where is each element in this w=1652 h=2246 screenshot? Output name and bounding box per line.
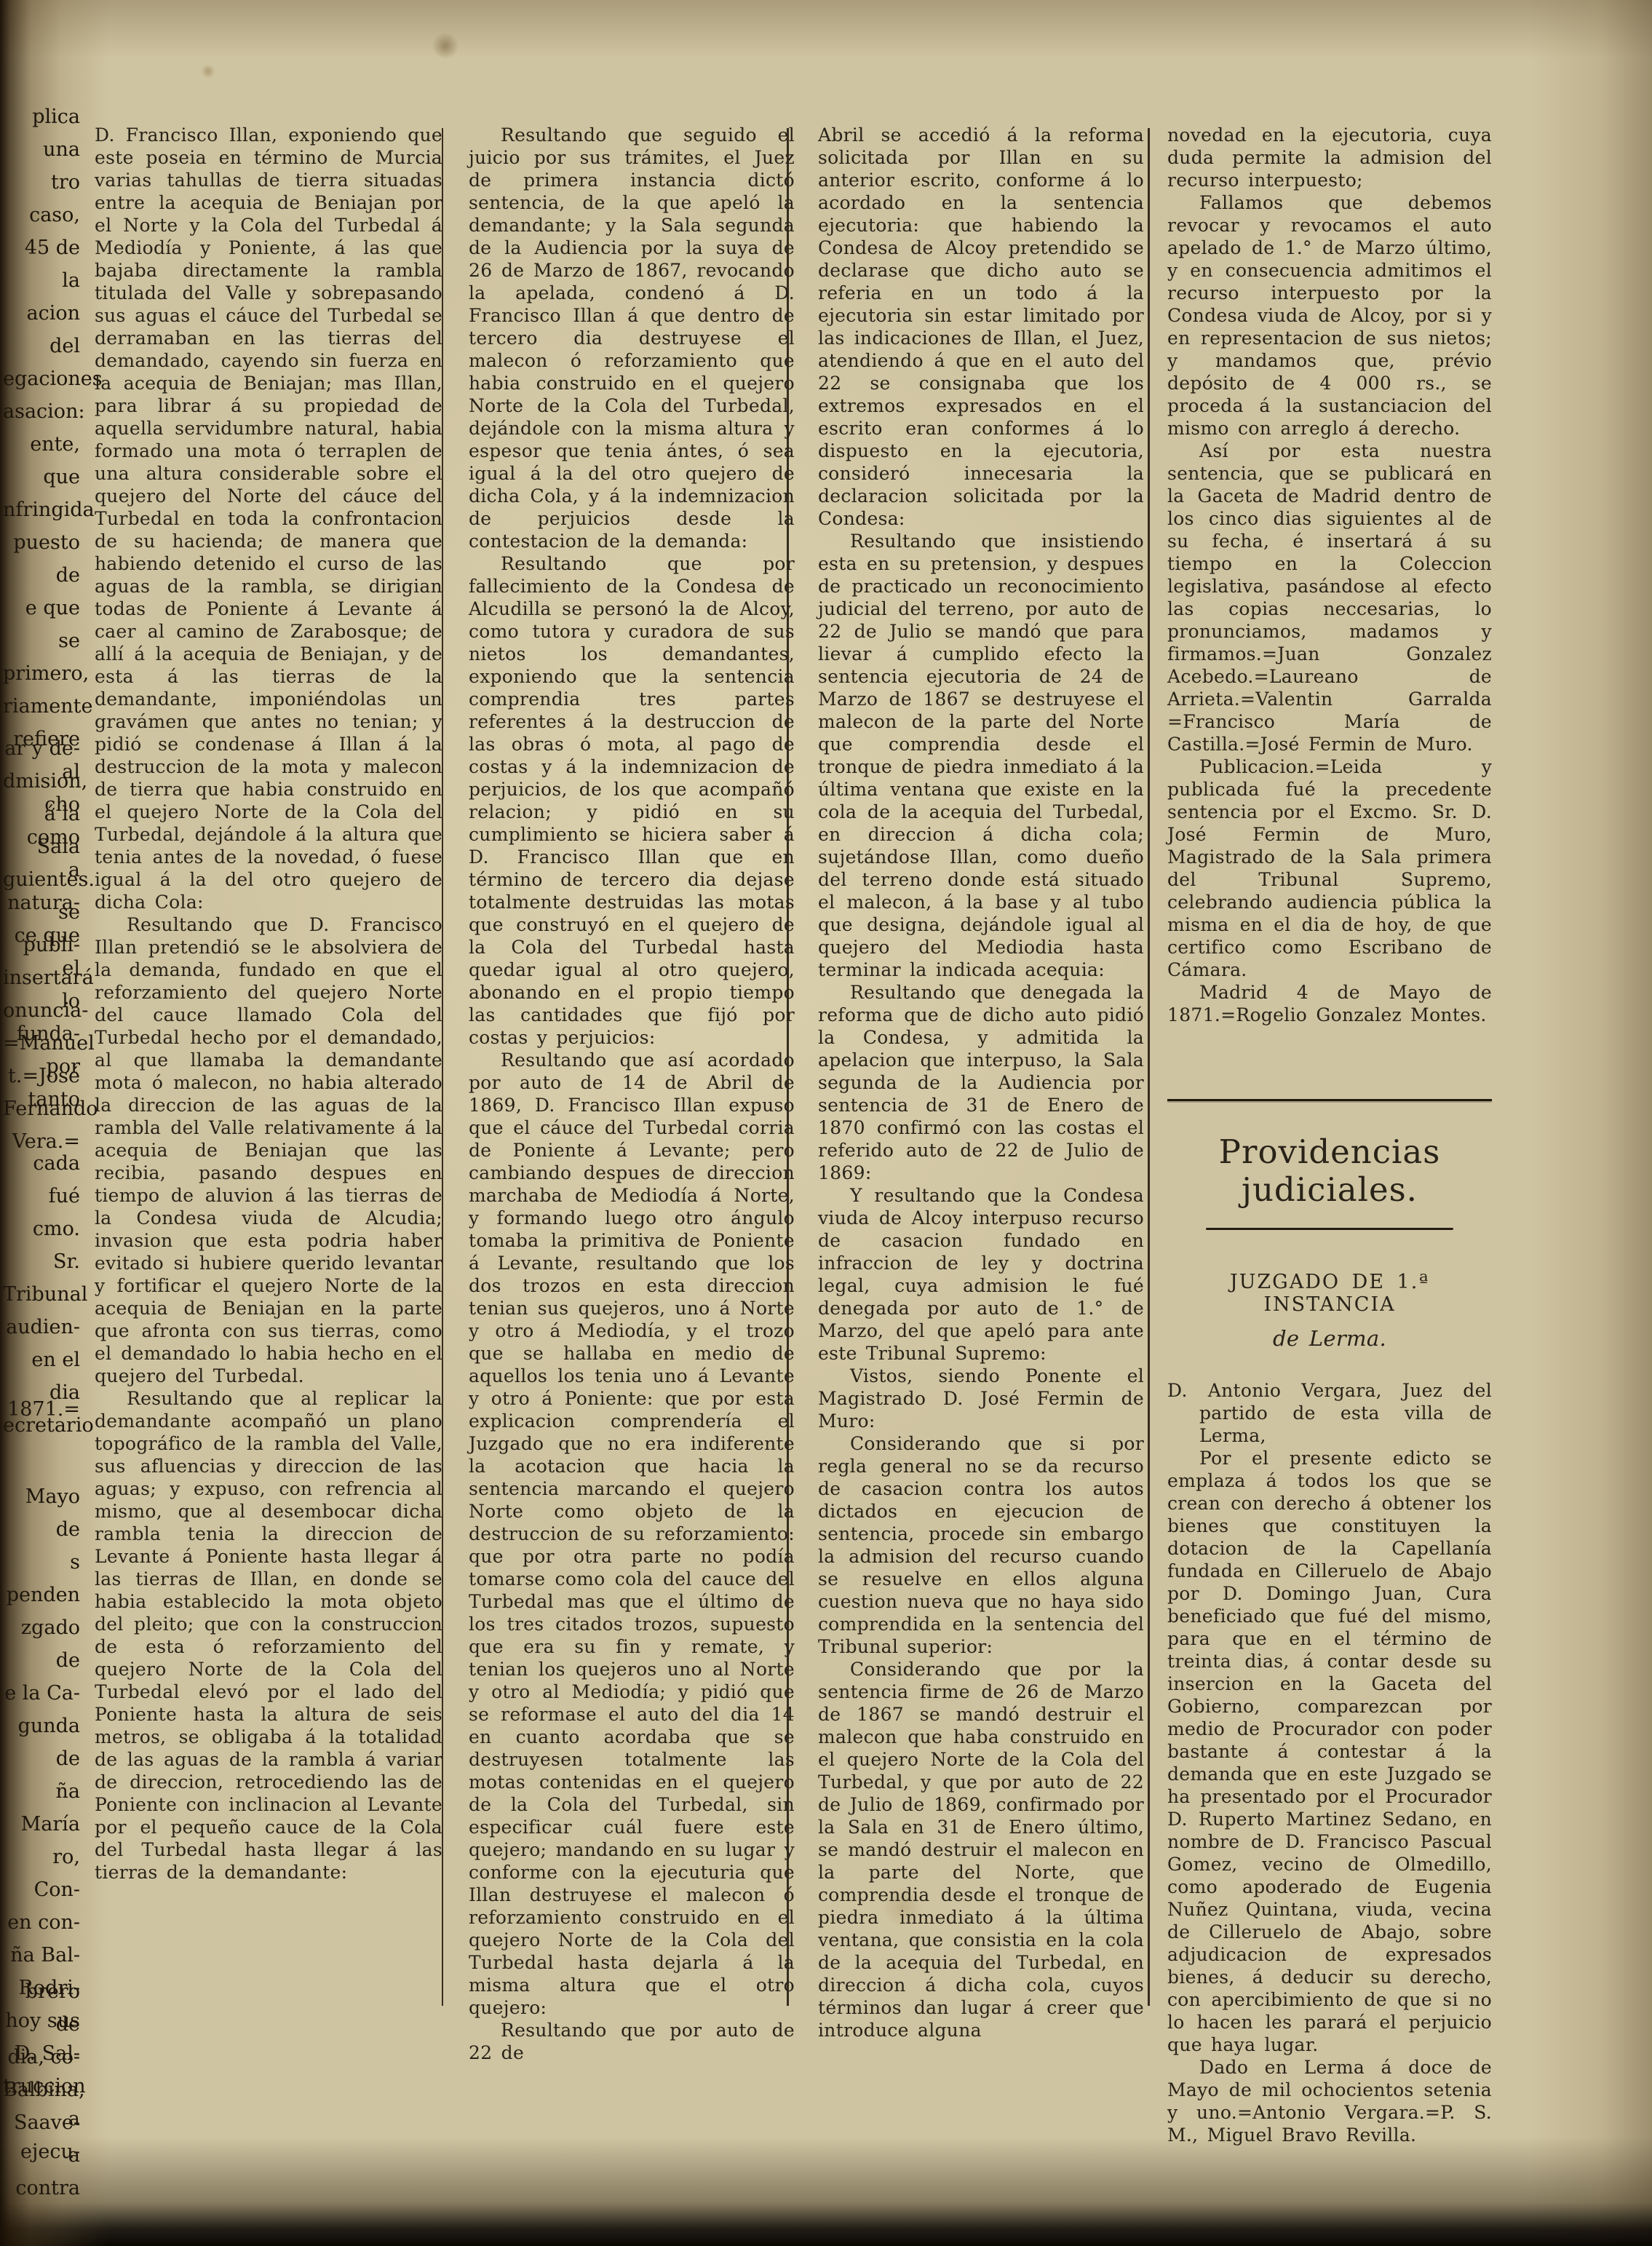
paragraph: Resultando que al replicar la demandante… [95,1387,442,1884]
paragraph: Dado en Lerma á doce de Mayo de mil ocho… [1167,2056,1492,2146]
paragraph: Resultando que denegada la reforma que d… [818,981,1144,1184]
court-subheading: de Lerma. [1167,1328,1492,1350]
strip-fragment-group: brero de dia, co- Balbina, Saave- a cont… [3,1975,80,2205]
paragraph: Considerando que por la sentencia firme … [818,1658,1144,2041]
paragraph: D. Francisco Illan, exponiendo que este … [95,124,442,913]
paragraph: Resultando que así acordado por auto de … [469,1049,795,2019]
section-divider-rule [1167,1099,1492,1101]
column-1: D. Francisco Illan, exponiendo que este … [95,124,442,1884]
paragraph: Y resultando que la Condesa viuda de Alc… [818,1184,1144,1365]
paragraph: Resultando que D. Francisco Illan preten… [95,913,442,1387]
column-rule [1148,128,1150,2006]
strip-fragment-group: ar y de- dmision, á la Sala guientes. se… [3,732,80,1158]
strip-fragment-group: 1871.= [3,1393,80,1426]
column-4: novedad en la ejecutoria, cuya duda perm… [1167,124,1492,2198]
paragraph: Publicacion.=Leida y publicada fué la pr… [1167,755,1492,981]
paragraph: Resultando que insistiendo esta en su pr… [818,530,1144,981]
paragraph: Vistos, siendo Ponente el Magistrado D. … [818,1365,1144,1432]
paragraph: novedad en la ejecutoria, cuya duda perm… [1167,124,1492,191]
left-margin-strip: plica una tro caso, 45 de la acion del e… [0,0,83,2246]
paragraph: Fallamos que debemos revocar y revocamos… [1167,191,1492,440]
paragraph: Así por esta nuestra sentencia, que se p… [1167,440,1492,755]
paragraph: Abril se accedió á la reforma solicitada… [818,124,1144,530]
paragraph: Considerando que si por regla general no… [818,1432,1144,1658]
paragraph: Resultando que seguido el juicio por sus… [469,124,795,552]
page: plica una tro caso, 45 de la acion del e… [0,0,1652,2246]
court-heading: JUZGADO DE 1.ª INSTANCIA [1167,1271,1492,1316]
paragraph: Por el presente edicto se emplaza á todo… [1167,1447,1492,2056]
edict-block: D. Antonio Vergara, Juez del partido de … [1167,1379,1492,2146]
providencias-section: Providencias judiciales. JUZGADO DE 1.ª … [1167,1099,1492,2146]
title-underline-rule [1206,1228,1453,1230]
column-2: Resultando que seguido el juicio por sus… [469,124,795,2064]
paragraph: Resultando que por auto de 22 de [469,2019,795,2064]
section-title: Providencias judiciales. [1167,1133,1492,1209]
column-3: Abril se accedió á la reforma solicitada… [818,124,1144,2041]
paragraph: Resultando que por fallecimiento de la C… [469,552,795,1049]
paragraph: Madrid 4 de Mayo de 1871.=Rogelio Gonzal… [1167,981,1492,1026]
paragraph: D. Antonio Vergara, Juez del partido de … [1167,1379,1492,1447]
